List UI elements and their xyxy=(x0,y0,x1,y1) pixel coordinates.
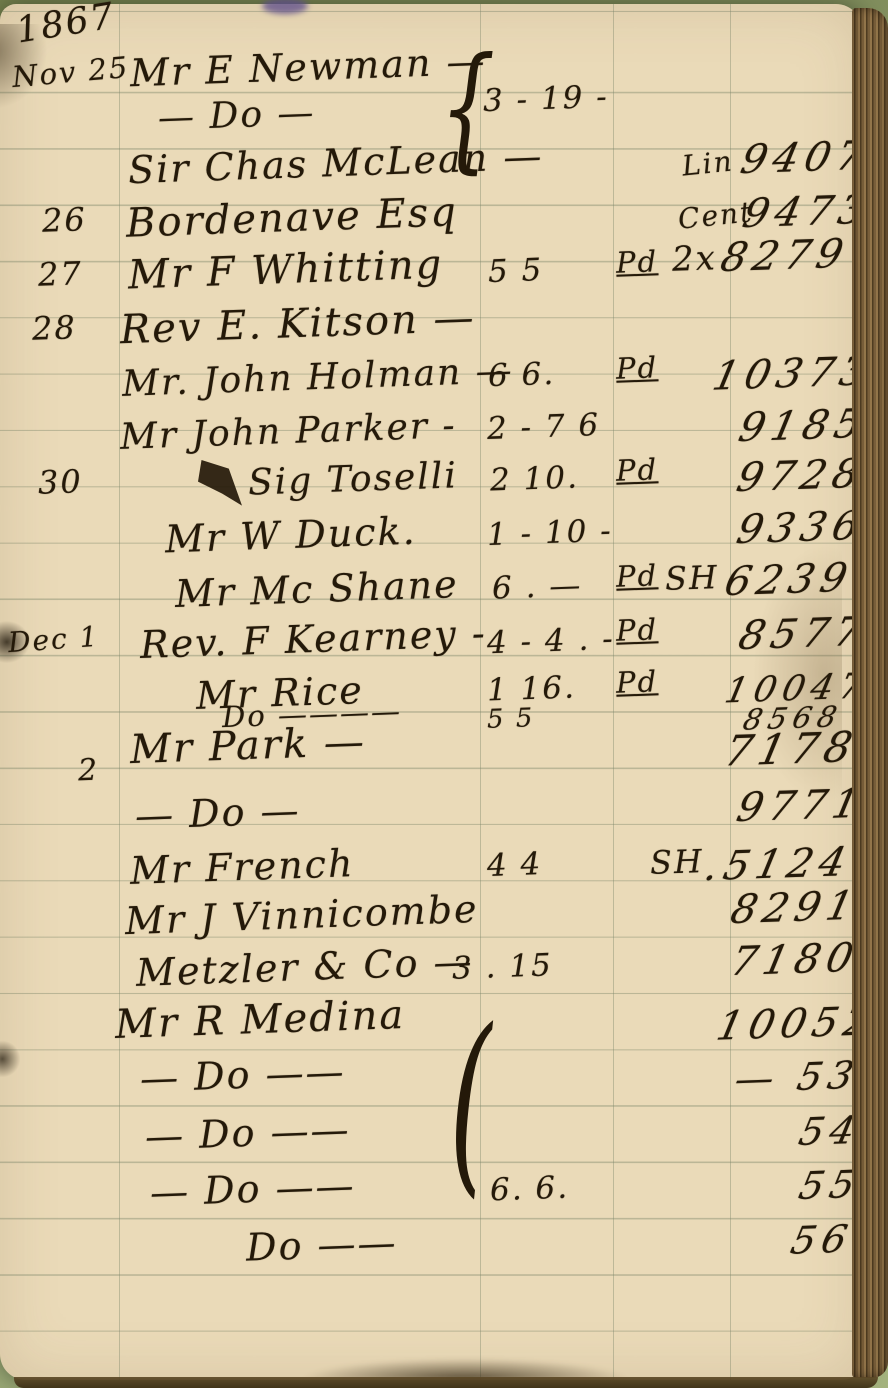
ledger-page: 1867 Nov 25 Mr E Newman — { 3 - 19 - — D… xyxy=(0,4,862,1380)
paid-mark: Pd xyxy=(616,455,659,485)
entry-amount: 2 - 7 6 xyxy=(486,410,600,445)
column-line-paid xyxy=(613,4,614,1380)
entry-name: Mr J Vinnicombe xyxy=(124,890,479,940)
entry-date: 26 xyxy=(41,203,87,237)
entry-name: — Do —— xyxy=(139,1052,346,1097)
entry-amount: 2 10. xyxy=(489,462,579,496)
folio-number: 6239 xyxy=(721,558,856,602)
entry-name: — Do —— xyxy=(149,1166,356,1211)
entry-name: Mr F Whitting xyxy=(127,245,443,296)
entry-amount: 6. 6. xyxy=(489,1173,569,1207)
entry-amount: 3 - 19 - xyxy=(482,82,609,117)
folio-number: 9771 xyxy=(733,784,868,828)
folio-number: 9336 xyxy=(733,506,868,550)
entry-name: Metzler & Co — xyxy=(135,942,474,992)
entry-amount: 6 6. xyxy=(487,359,555,392)
entry-amount: 1 - 10 - xyxy=(486,516,613,551)
book-bottom-edge xyxy=(14,1377,878,1388)
entry-amount: 1 16. xyxy=(486,672,576,706)
entry-name: Mr R Medina xyxy=(114,995,405,1045)
entry-note: SH xyxy=(664,561,719,595)
paid-mark: Pd xyxy=(616,667,659,697)
entry-note: 2x xyxy=(671,241,717,277)
paid-mark: Pd xyxy=(616,247,659,277)
folio-number: 8279 xyxy=(717,234,852,278)
entry-amount: 5 5 xyxy=(487,705,535,733)
entry-date: 27 xyxy=(37,257,83,291)
entry-name: — Do — xyxy=(134,791,301,835)
entry-name: Mr W Duck. xyxy=(164,512,417,559)
entry-amount: 3 . 15 xyxy=(451,950,553,984)
entry-amount: 5 5 xyxy=(487,255,543,288)
entry-name: Rev E. Kitson — xyxy=(119,298,476,350)
entry-amount: 6 . — xyxy=(491,570,582,604)
entry-name: Bordenave Esq xyxy=(125,192,458,244)
entry-amount: 4 - 4 . - xyxy=(486,624,615,659)
entry-amount: 4 4 xyxy=(486,849,542,882)
entry-date: 2 xyxy=(77,756,99,787)
entry-date: Dec 1 xyxy=(7,623,100,657)
paid-mark: Pd xyxy=(616,353,659,383)
entry-name: Mr Mc Shane xyxy=(174,565,459,613)
entry-name: Rev. F Kearney - xyxy=(139,614,487,664)
paid-mark: Pd xyxy=(616,615,659,645)
folio-number: 8577 xyxy=(735,612,870,656)
ledger-scan: { "document": { "type": "handwritten led… xyxy=(0,0,888,1388)
entry-note: Lin xyxy=(681,147,735,180)
entry-name: Sig Toselli xyxy=(247,458,458,501)
entry-name: — Do —— xyxy=(144,1110,351,1155)
grouping-brace: ( xyxy=(449,1004,491,1200)
entry-name: Mr E Newman — xyxy=(129,42,487,92)
paid-mark: Pd xyxy=(616,561,659,591)
folio-number: 9185 xyxy=(735,404,870,448)
entry-name: Mr French xyxy=(129,844,355,890)
folio-number: 8291 xyxy=(727,886,862,930)
entry-date: 30 xyxy=(37,465,83,499)
folio-number: — 53 xyxy=(731,1056,863,1098)
folio-number: 9728 xyxy=(733,454,868,498)
entry-name: Mr Park — xyxy=(129,722,366,770)
margin-line xyxy=(119,4,120,1380)
entry-note: SH xyxy=(649,845,704,879)
entry-name: Do —— xyxy=(245,1223,398,1266)
entry-name: — Do — xyxy=(157,95,316,136)
book-page-edges xyxy=(852,8,888,1378)
entry-date: 28 xyxy=(31,311,77,345)
folio-number: 7180 xyxy=(727,938,862,982)
